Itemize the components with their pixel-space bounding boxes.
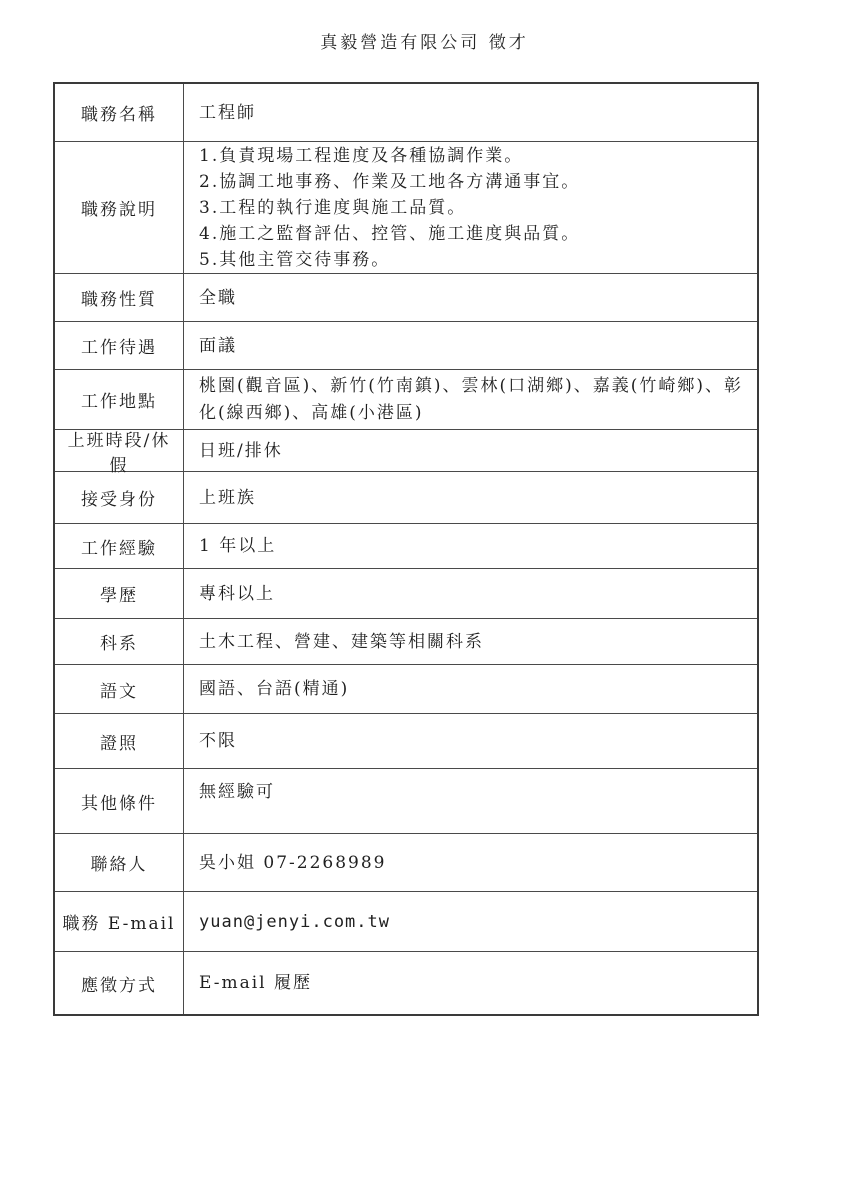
table-row: 職務名稱 工程師: [55, 84, 757, 142]
row-label: 職務說明: [55, 142, 184, 273]
row-value: 桃園(觀音區)、新竹(竹南鎮)、雲林(口湖鄉)、嘉義(竹崎鄉)、彰化(線西鄉)、…: [184, 370, 757, 429]
row-label: 工作待遇: [55, 322, 184, 369]
row-value: 面議: [184, 322, 757, 369]
table-row: 聯絡人 吳小姐 07-2268989: [55, 834, 757, 892]
job-description-line: 4.施工之監督評估、控管、施工進度與品質。: [199, 221, 580, 247]
row-value: 土木工程、營建、建築等相關科系: [184, 619, 757, 664]
table-row: 語文 國語、台語(精通): [55, 665, 757, 714]
row-label: 上班時段/休假: [55, 430, 184, 471]
table-row: 工作地點 桃園(觀音區)、新竹(竹南鎮)、雲林(口湖鄉)、嘉義(竹崎鄉)、彰化(…: [55, 370, 757, 430]
row-label: 學歷: [55, 569, 184, 618]
table-row: 應徵方式 E-mail 履歷: [55, 952, 757, 1014]
row-label: 聯絡人: [55, 834, 184, 891]
row-label: 科系: [55, 619, 184, 664]
row-value: 上班族: [184, 472, 757, 523]
table-row: 職務 E-mail yuan@jenyi.com.tw: [55, 892, 757, 952]
row-value: 國語、台語(精通): [184, 665, 757, 713]
table-row: 上班時段/休假 日班/排休: [55, 430, 757, 472]
row-value: E-mail 履歷: [184, 952, 757, 1014]
job-description-line: 3.工程的執行進度與施工品質。: [199, 195, 466, 221]
table-row: 科系 土木工程、營建、建築等相關科系: [55, 619, 757, 665]
row-label: 職務名稱: [55, 84, 184, 141]
row-value: 日班/排休: [184, 430, 757, 471]
row-value: 吳小姐 07-2268989: [184, 834, 757, 891]
row-value: 專科以上: [184, 569, 757, 618]
row-label: 工作地點: [55, 370, 184, 429]
row-value: 1.負責現場工程進度及各種協調作業。 2.協調工地事務、作業及工地各方溝通事宜。…: [184, 142, 757, 273]
table-row: 其他條件 無經驗可: [55, 769, 757, 834]
row-value: 工程師: [184, 84, 757, 141]
job-description-line: 2.協調工地事務、作業及工地各方溝通事宜。: [199, 169, 580, 195]
table-row: 接受身份 上班族: [55, 472, 757, 524]
table-row: 職務說明 1.負責現場工程進度及各種協調作業。 2.協調工地事務、作業及工地各方…: [55, 142, 757, 274]
row-label: 職務 E-mail: [55, 892, 184, 951]
job-table: 職務名稱 工程師 職務說明 1.負責現場工程進度及各種協調作業。 2.協調工地事…: [53, 82, 759, 1016]
row-value: 全職: [184, 274, 757, 321]
row-value: 無經驗可: [184, 769, 757, 833]
row-label: 工作經驗: [55, 524, 184, 568]
row-label: 接受身份: [55, 472, 184, 523]
job-description-line: 1.負責現場工程進度及各種協調作業。: [199, 143, 523, 169]
table-row: 工作待遇 面議: [55, 322, 757, 370]
table-row: 工作經驗 1 年以上: [55, 524, 757, 569]
table-row: 學歷 專科以上: [55, 569, 757, 619]
row-value: 1 年以上: [184, 524, 757, 568]
job-description-line: 5.其他主管交待事務。: [199, 247, 390, 273]
row-label: 語文: [55, 665, 184, 713]
row-label: 應徵方式: [55, 952, 184, 1014]
table-row: 職務性質 全職: [55, 274, 757, 322]
page-title: 真毅營造有限公司 徵才: [0, 28, 849, 53]
document-page: 真毅營造有限公司 徵才 職務名稱 工程師 職務說明 1.負責現場工程進度及各種協…: [0, 0, 849, 1200]
row-label: 其他條件: [55, 769, 184, 833]
row-value: yuan@jenyi.com.tw: [184, 892, 757, 951]
table-row: 證照 不限: [55, 714, 757, 769]
row-value: 不限: [184, 714, 757, 768]
row-label: 職務性質: [55, 274, 184, 321]
row-label: 證照: [55, 714, 184, 768]
